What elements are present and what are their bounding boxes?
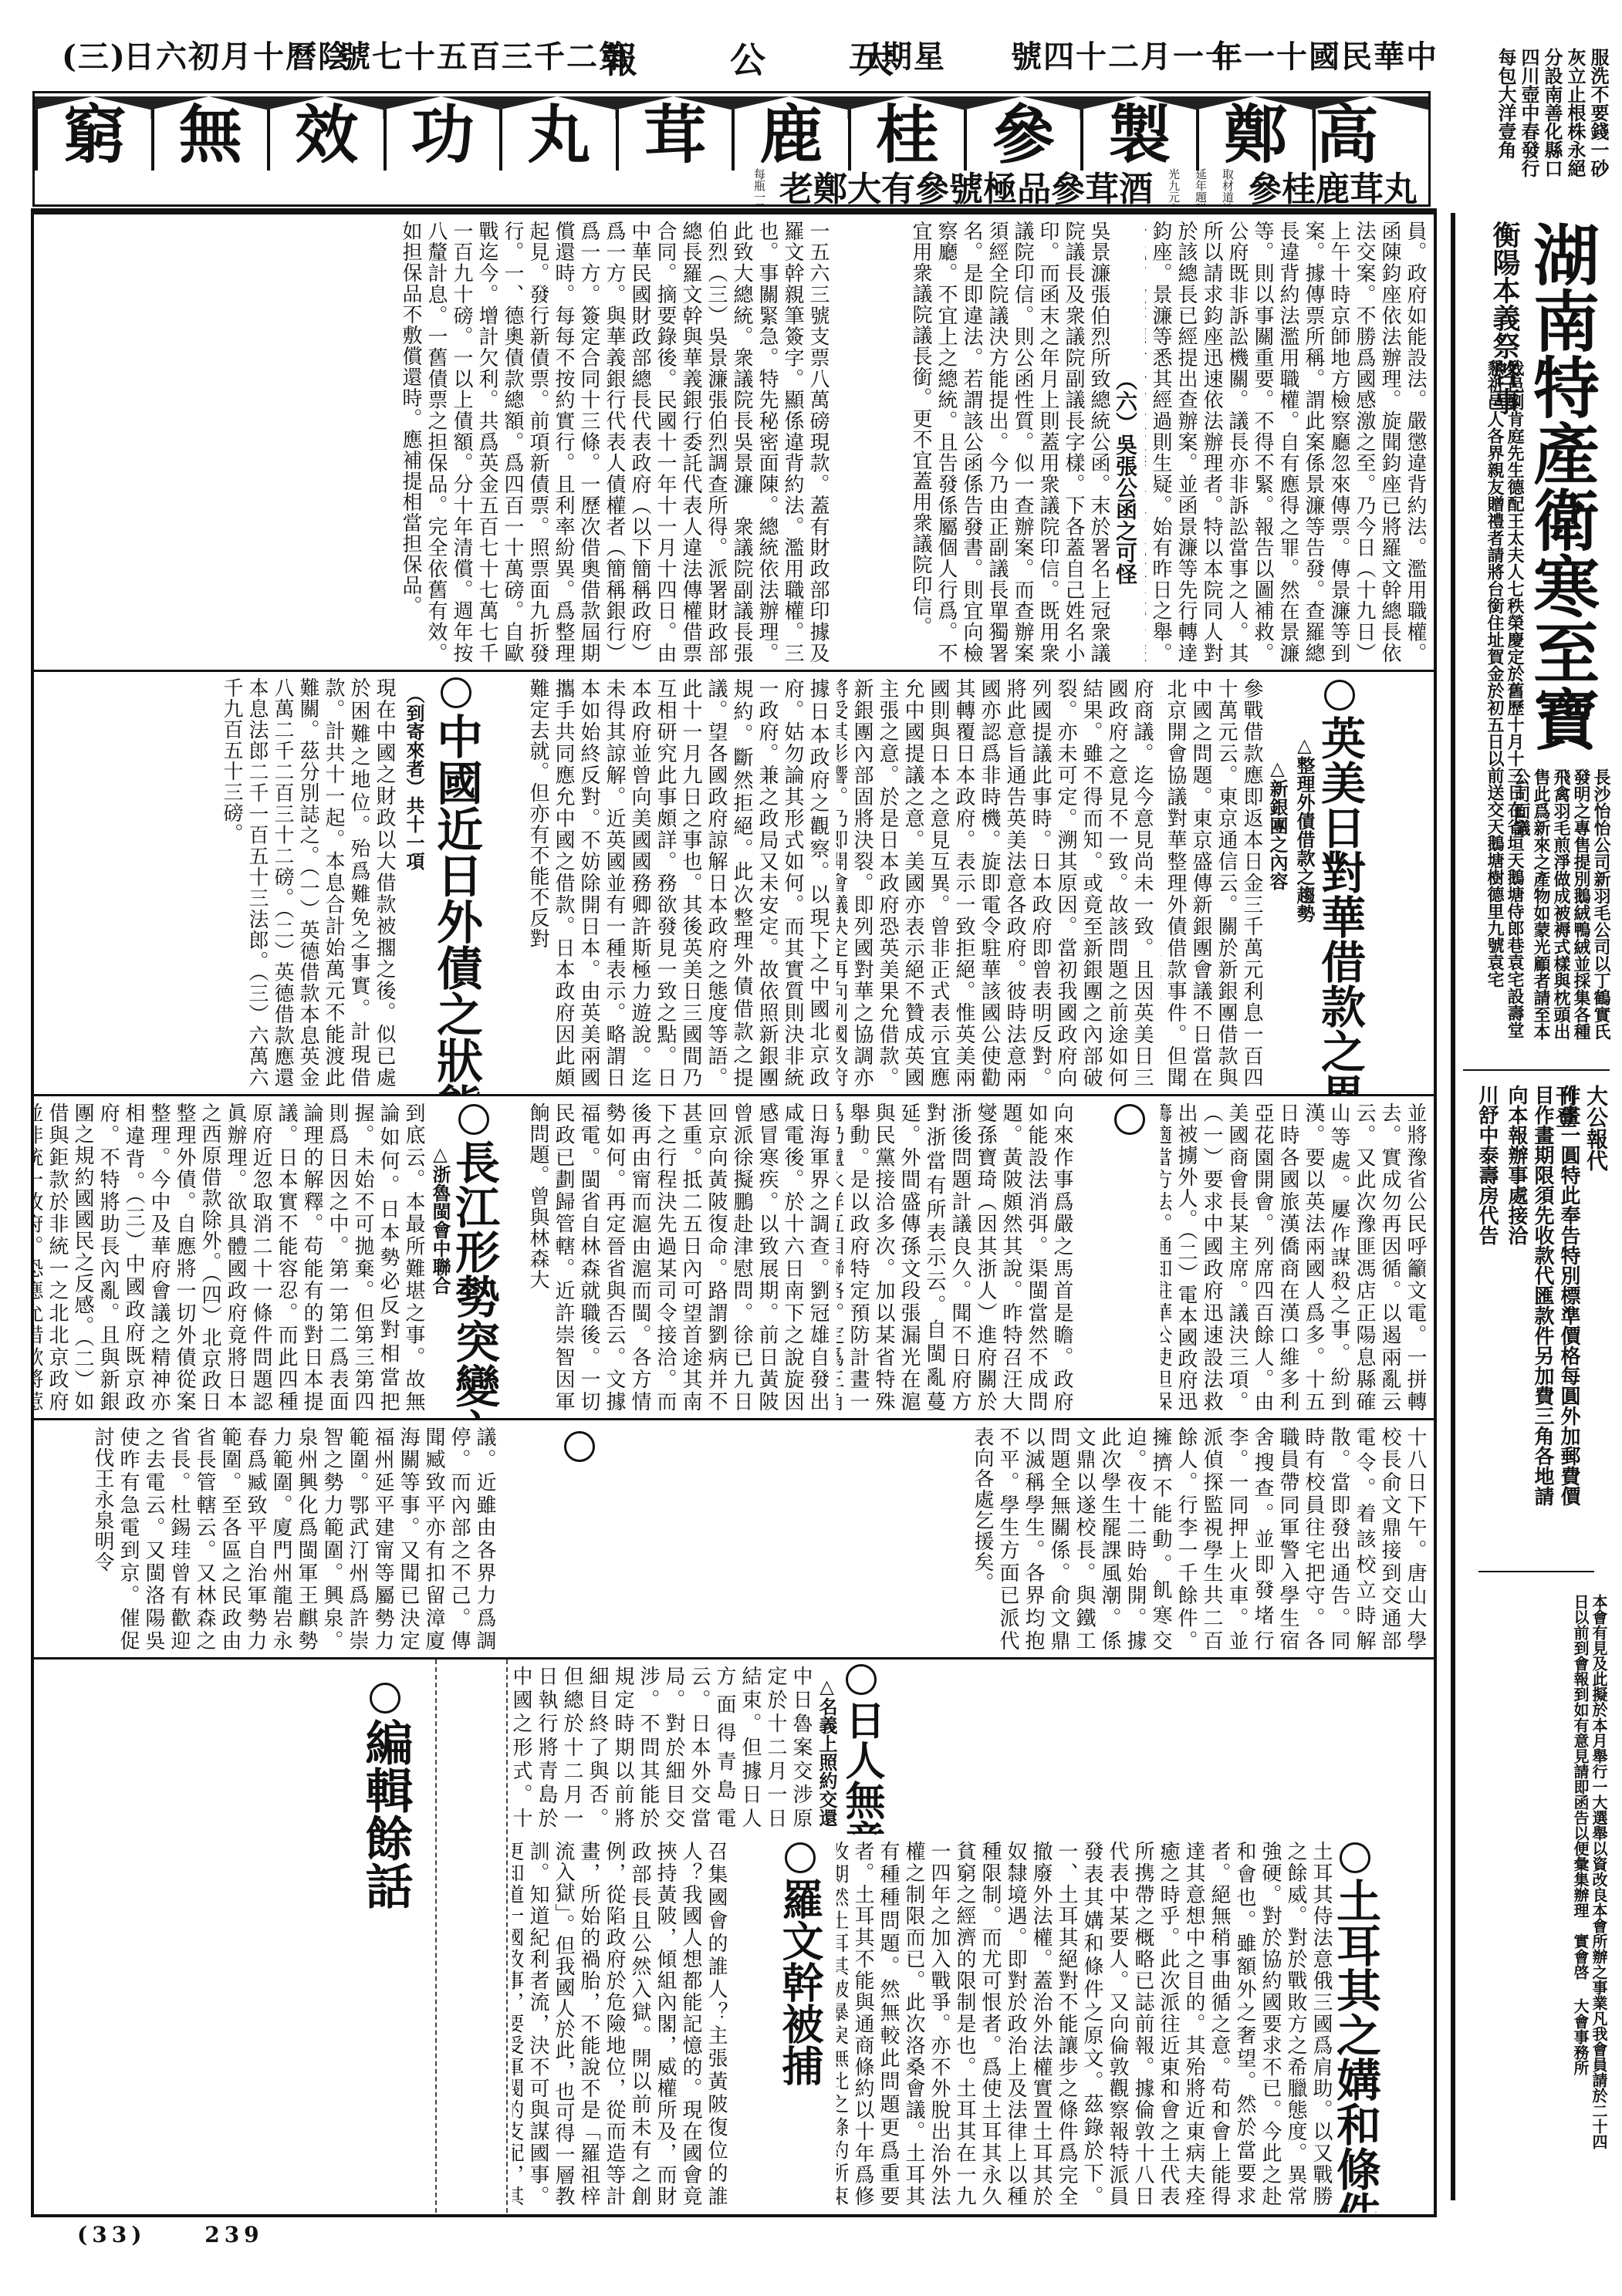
article-fujian-spheres: 日海軍界之調查。劉冠雄自發出咸電後。於十六日南下之說旋因感冒寒疾。以致展期。前日… (512, 1096, 836, 1418)
top-right-advertisement: 服洗不要錢一砂灰立止根株永絕 分設南善化縣口 四川壺中春發行 每包大洋壹角 (1463, 48, 1610, 187)
article-qingdao: 羅文幹被捕 召集國會的誰人？主張黃陂復位的誰人？我國人想都能記憶的。現在國會竟挾… (512, 1835, 836, 2213)
article-hankou-foreigners: 十八日下午。唐山大學校長俞文鼎接到交通部電令。着該校立時解散。當即發出通告。同時… (836, 1420, 1434, 1657)
footer-page-number: 239 (204, 2222, 263, 2247)
article-body: 現在中國之財政以大借款被擱之後。似已處於困難之地位。殆爲難免之事實。計現借款。計… (218, 677, 397, 1088)
article-subhead: △名義上照約交還 (813, 1675, 840, 1827)
article-subhead: △新銀團之內容 (1264, 757, 1291, 890)
article-china-foreign-debt: 中國近日外債之狀態 （到寄來者）共十一項 現在中國之財政以大借款被擱之後。似已處… (34, 446, 512, 1094)
editor-notes-box (435, 1660, 508, 2213)
article-headline: 日人無意交還青島 (833, 1664, 890, 1835)
article-body: 議。近雖由各界力爲調停。而內部之不己。傳聞臧致平亦有扣留漳廈海關等事。又聞已決定… (90, 1427, 497, 1651)
article-body: 十八日下午。唐山大學校長俞文鼎接到交通部電令。着該校立時解散。當即發出通告。同時… (969, 1427, 1428, 1651)
gregorian-date: 十一月二十四號 (1011, 32, 1238, 76)
ad3-body: 本會有見及此擬於本月舉行一大選舉以資改良本會所辦之事業凡我會員請於二十四日以前到… (1571, 1594, 1608, 2149)
article-headline: 中國近日外債之狀態 (423, 677, 489, 1094)
article-subhead: △浙魯閩會中聯合 (427, 1143, 454, 1295)
lunar-date: 陰曆十月初六日 (123, 32, 350, 76)
ad-char: 製 (1080, 96, 1197, 171)
article-body: 吳景濂張伯烈所致總統公函。末於署名上冠衆議院議長及衆議院副議長字樣。下各蓋自己姓… (907, 221, 1111, 663)
ad-strip: 參桂鹿茸丸 取材道地製煉精良爲補身體最有力品之公認 延年題贈(造化功奪)題贈公區… (35, 167, 1428, 204)
hunan-product-body: 長沙怡怡公司新羽毛公司以丁鶴實氏發明之專售提別鵝絨鴨絨並採集各種飛禽羽毛煎淨做成… (1511, 768, 1611, 1046)
bullet-circle-icon (785, 1842, 816, 1873)
article-body: 參戰借款應即返本日金三千萬元利息一百四十萬元云。東京通信云。關於新銀團借款與中國… (1161, 678, 1264, 1088)
ad-char: 壽高 (1313, 96, 1429, 171)
bullet-circle-icon (370, 1683, 400, 1714)
article-headline (554, 1431, 605, 1467)
article-subhead: （到寄來者）共十一項 (400, 685, 427, 870)
ad-char: 丸 (499, 96, 616, 171)
ad-char: 無 (151, 96, 268, 171)
article-subheadline: （六）吳張公函之可怪 (1110, 369, 1140, 585)
ad-product-text: 取材道地製煉精良爲補身體最有力品之公認 (1221, 168, 1234, 204)
article-turkey-peace: 土耳其之媾和條件 土耳其侍法意俄三國爲肩助。以又戰勝之餘威。對於戰敗方之希臘態度… (836, 1835, 1434, 2213)
ad-char: 窮 (35, 96, 151, 171)
ad-char: 鹿 (732, 96, 848, 171)
issue-number: 第二千三百五十七號 (340, 32, 631, 76)
article-luo-case-dispatch: 員。政府如能設法。嚴懲違背約法。濫用職權。函陳鈞座依法辦理。旋聞鈞座已將羅文幹總… (1145, 214, 1434, 670)
article-headline: 羅文幹被捕 (771, 1842, 830, 2086)
hunan-product-headline: 湖南特產衛寒至寶 (1512, 221, 1608, 751)
right-column-ads: 湖南特產衛寒至寶 長沙怡怡公司新羽毛公司以丁鶴實氏發明之專售提別鵝絨鴨絨並採集各… (1451, 213, 1617, 2200)
ad-big-characters: 壽高 鄭 製 參 桂 鹿 茸 丸 功 效 無 窮 (35, 96, 1428, 171)
bullet-circle-icon (1324, 680, 1355, 711)
right-divider (1463, 1069, 1610, 1071)
ad-char: 鄭 (1196, 96, 1313, 171)
main-news-area: 員。政府如能設法。嚴懲違背約法。濫用職權。函陳鈞座依法辦理。旋聞鈞座已將羅文幹總… (31, 208, 1437, 2217)
article-yangtze-situation: 長江形勢突變之局勢 △浙魯閩會中聯合 到底云。本最所難堪之事。故無論如何。日本勢… (34, 1096, 512, 1418)
article-body: 向來作事爲嚴之馬首是瞻。政府如能設法消弭。渠閩當然不成問題。黃陂頗然其說。昨特召… (836, 1102, 1074, 1412)
article-body: 到底云。本最所難堪之事。故無論如何。日本勢必反對相當把握。未始不可拋棄。但第三第… (34, 1102, 426, 1412)
ad-char: 功 (384, 96, 500, 171)
right-divider (1478, 1571, 1594, 1572)
page-number-label: (三) (62, 32, 127, 76)
page-footer: (33) 239 (77, 2222, 264, 2247)
article-anglo-us-japan-loan-cont: 府商議。迄今意見尚未一致。且因英美日三國政府之意見不一致。故該問題之前途如何結果… (836, 672, 1161, 1094)
ad2-body: 作畫一圓特此奉告特別標準價格每圓外加郵費價目作畫期限須先收款代匯款件另加費三角各… (1503, 1085, 1582, 1517)
bullet-circle-icon (441, 677, 471, 708)
article-body: 召集國會的誰人？主張黃陂復位的誰人？我國人想都能記憶的。現在國會竟挾持黃陂，傾組… (512, 1841, 728, 2207)
article-anglo-us-japan-loan: 英美日對華借款之異趨 △整理外債借款之趨勢 △新銀團之內容 參戰借款應即返本日金… (1161, 672, 1434, 1094)
ad2-footer: 川舒中泰壽房代告 (1473, 1085, 1502, 1316)
article-headline (1103, 1104, 1156, 1140)
ad-char: 參 (964, 96, 1080, 171)
article-body: 土耳其侍法意俄三國爲肩助。以又戰勝之餘威。對於戰敗方之希臘態度。異常強硬。對於協… (836, 1841, 1333, 2207)
article-body: 並將豫省公民呼籲文電。一拼轉去。實成勿再因循。以遏兩亂云云。又此次豫匪馮店正陽息… (1161, 1102, 1428, 1412)
article-headline: 編輯餘話 (351, 1683, 420, 1909)
republic-year: 中華民國十一年 (1211, 32, 1438, 76)
article-body: 府商議。迄今意見尚未一致。且因英美日三國政府之意見不一致。故該問題之前途如何結果… (836, 678, 1154, 1088)
ad-product-title: 參桂鹿茸丸 (1248, 167, 1418, 204)
ad-shop-title: 老鄭大有參號極品參茸酒 (779, 167, 1153, 204)
ginseng-pill-ad-banner: 壽高 鄭 製 參 桂 鹿 茸 丸 功 效 無 窮 參桂鹿茸丸 取材道地製煉精良爲… (32, 91, 1431, 207)
article-body: 日海軍界之調查。劉冠雄自發出咸電後。於十六日南下之說旋因感冒寒疾。以致展期。前日… (525, 1102, 830, 1412)
weekday: 星期五 (849, 32, 946, 76)
ad-endorsements: 延年題贈(造化功奪)題贈公區文補(天功補助)題贈區額延年九此 (1194, 168, 1207, 204)
article-japan-view: 據日本政府之觀察。以現下之中國北京政府。姑勿論其形式如何。而其實質則決非統一政府… (512, 672, 836, 1094)
article-body: 中日魯案交涉原定於十二月一日結束。但據日人方面得青島電云。日本外交當局。對於細目… (512, 1666, 813, 1828)
ad-price: 每瓶一元二角 (752, 168, 765, 204)
ad-char: 效 (267, 96, 384, 171)
bullet-circle-icon (1114, 1104, 1145, 1135)
article-henan-bandits: 議。近雖由各界力爲調停。而內部之不己。傳聞臧致平亦有扣留漳廈海關等事。又聞已決定… (34, 1420, 836, 1657)
article-tangshan-university: 日人無意交還青島 △名義上照約交還 中日魯案交涉原定於十二月一日結束。但據日人方… (512, 1660, 1006, 1835)
ad-char: 桂 (848, 96, 965, 171)
article-luo-arrest: 編輯餘話 (34, 1660, 435, 2213)
bullet-circle-icon (846, 1664, 877, 1695)
article-wu-zhang-letter: （六）吳張公函之可怪 吳景濂張伯烈所致總統公函。末於署名上冠衆議院議長及衆議院副… (836, 214, 1145, 670)
article-subhead: △整理外債借款之趨勢 (1291, 734, 1318, 923)
article-body: 據日本政府之觀察。以現下之中國北京政府。姑勿論其形式如何。而其實質則決非統一政府… (525, 678, 830, 1088)
article-fujian-politics: 並將豫省公民呼籲文電。一拼轉去。實成勿再因循。以遏兩亂云云。又此次豫匪馮店正陽息… (1161, 1096, 1434, 1418)
bullet-circle-icon (564, 1431, 595, 1462)
ad-shop-address: 光九元六角每四三六元良中子街 (1167, 168, 1180, 204)
notice-body: 我邑劉肯庭先生德配王太夫人七秩榮慶定於舊歷十月十三日在省垣天鵝塘侍郎巷袁宅設壽堂… (1485, 360, 1525, 1054)
article-liu-guanxiong: 向來作事爲嚴之馬首是瞻。政府如能設法消弭。渠閩當然不成問題。黃陂頗然其說。昨特召… (836, 1096, 1161, 1418)
article-body: 員。政府如能設法。嚴懲違背約法。濫用職權。函陳鈞座依法辦理。旋聞鈞座已將羅文幹總… (1145, 221, 1428, 663)
footer-page-label: (33) (77, 2222, 146, 2247)
ad-char: 茸 (616, 96, 732, 171)
bullet-circle-icon (458, 1104, 489, 1135)
bullet-circle-icon (1340, 1842, 1370, 1873)
